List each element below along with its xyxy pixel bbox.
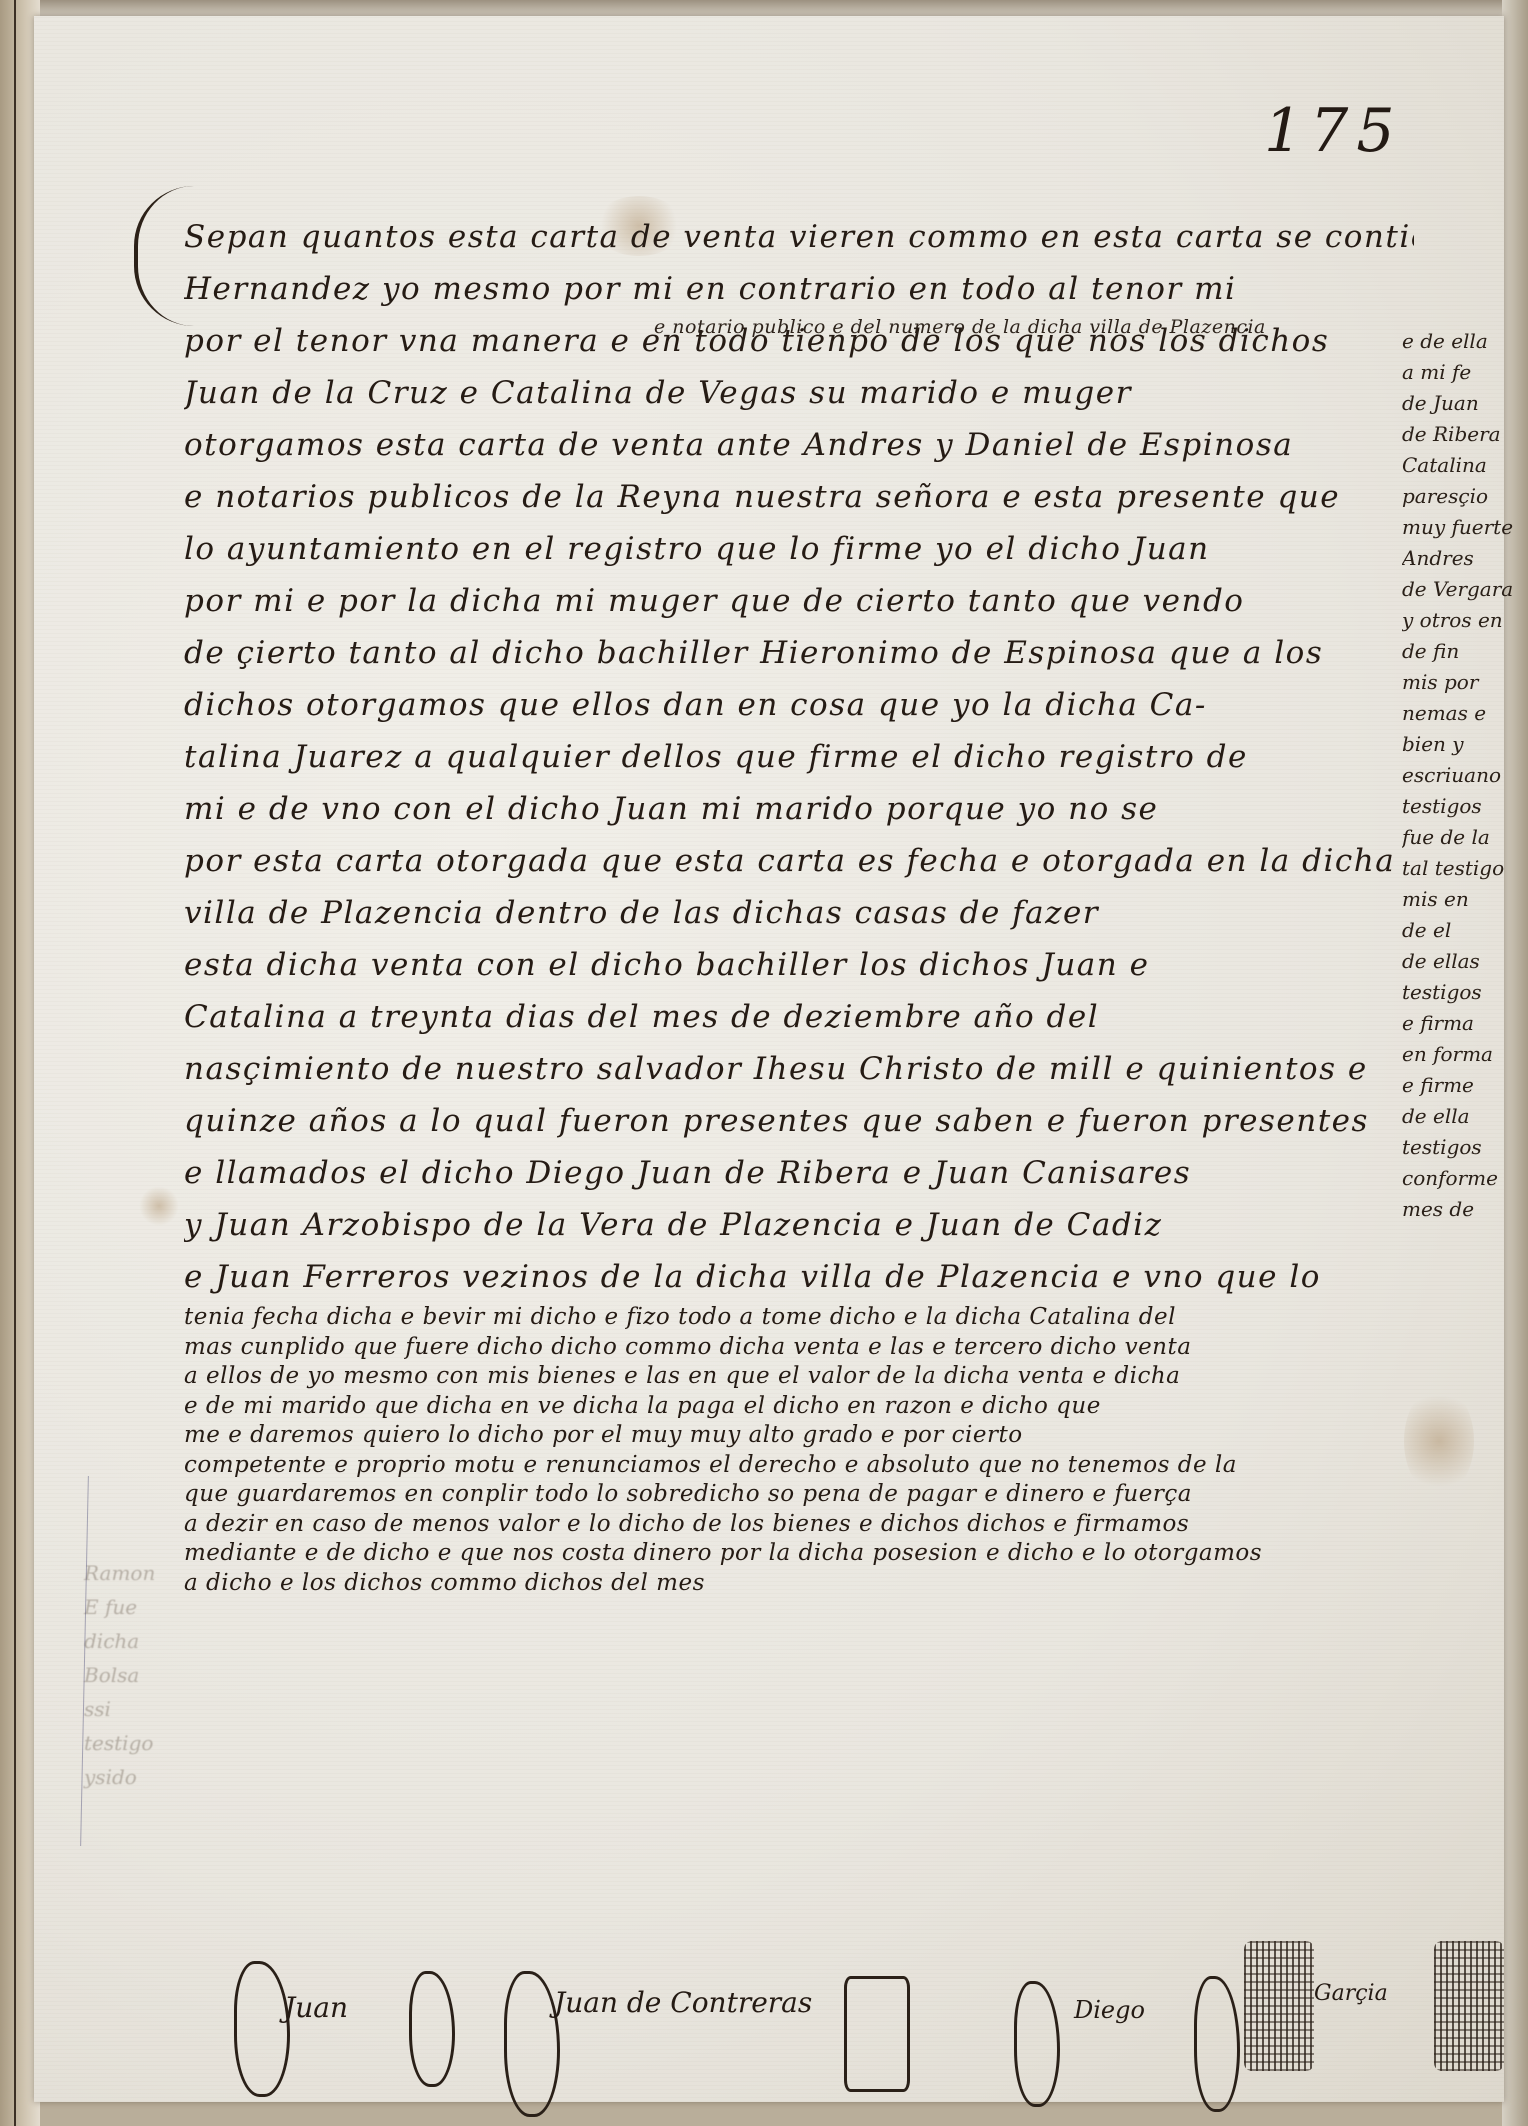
margin-note: tal testigo <box>1402 853 1528 884</box>
ink-stain <box>1404 1386 1474 1496</box>
margin-note: de Juan <box>1402 388 1528 419</box>
margin-note: testigos <box>1402 791 1528 822</box>
signature-flourish <box>234 1961 290 2097</box>
margin-note: nemas e <box>1402 698 1528 729</box>
margin-note: mis en <box>1402 884 1528 915</box>
signature-flourish <box>1014 1981 1060 2107</box>
text-line: Juan de la Cruz e Catalina de Vegas su m… <box>184 367 1414 419</box>
margin-note: e firme <box>1402 1070 1528 1101</box>
margin-note: Catalina <box>1402 450 1528 481</box>
margin-note: a mi fe <box>1402 357 1528 388</box>
text-line: e Juan Ferreros vezinos de la dicha vill… <box>184 1251 1414 1303</box>
small-text-line: tenia fecha dicha e bevir mi dicho e fiz… <box>184 1303 1414 1333</box>
margin-note: fue de la <box>1402 822 1528 853</box>
text-line: e llamados el dicho Diego Juan de Ribera… <box>184 1147 1414 1199</box>
margin-note: en forma <box>1402 1039 1528 1070</box>
margin-note: de Ribera <box>1402 419 1528 450</box>
margin-note: y otros en <box>1402 605 1528 636</box>
text-line: e notarios publicos de la Reyna nuestra … <box>184 471 1414 523</box>
text-line: Catalina a treynta dias del mes de dezie… <box>184 991 1414 1043</box>
binding-thread <box>14 0 16 2126</box>
text-line: lo ayuntamiento en el registro que lo fi… <box>184 523 1414 575</box>
margin-note: paresçio <box>1402 481 1528 512</box>
signature: Garçia <box>1314 1981 1388 2006</box>
text-line: quinze años a lo qual fueron presentes q… <box>184 1095 1414 1147</box>
margin-note: e firma <box>1402 1008 1528 1039</box>
signature-flourish <box>504 1971 560 2117</box>
small-text-line: a ellos de yo mesmo con mis bienes e las… <box>184 1362 1414 1392</box>
text-line: otorgamos esta carta de venta ante Andre… <box>184 419 1414 471</box>
small-text-line: e de mi marido que dicha en ve dicha la … <box>184 1392 1414 1422</box>
bleed-through-text: Ramon E fue dicha Bolsa ssi testigo ysid… <box>84 1556 224 1794</box>
signatures-block: Juan Juan de Contreras Diego Garçia <box>234 1951 1528 2111</box>
small-text-line: mediante e de dicho e que nos costa dine… <box>184 1539 1414 1569</box>
signature: Diego <box>1074 1996 1145 2024</box>
small-text-line: me e daremos quiero lo dicho por el muy … <box>184 1421 1414 1451</box>
margin-note: escriuano <box>1402 760 1528 791</box>
margin-note: testigos <box>1402 977 1528 1008</box>
text-line: dichos otorgamos que ellos dan en cosa q… <box>184 679 1414 731</box>
small-text-line: mas cunplido que fuere dicho dicho commo… <box>184 1333 1414 1363</box>
notary-sign-mark <box>1244 1941 1314 2071</box>
folio-number: 175 <box>1264 96 1403 166</box>
text-line: por mi e por la dicha mi muger que de ci… <box>184 575 1414 627</box>
text-line: y Juan Arzobispo de la Vera de Plazencia… <box>184 1199 1414 1251</box>
margin-note: mes de <box>1402 1194 1528 1225</box>
signature: Juan de Contreras <box>554 1986 812 2019</box>
text-line: por esta carta otorgada que esta carta e… <box>184 835 1414 887</box>
margin-note: Andres <box>1402 543 1528 574</box>
margin-note: testigos <box>1402 1132 1528 1163</box>
text-line: esta dicha venta con el dicho bachiller … <box>184 939 1414 991</box>
text-line: talina Juarez a qualquier dellos que fir… <box>184 731 1414 783</box>
notary-sign-mark <box>1434 1941 1504 2071</box>
small-text-line: que guardaremos en conplir todo lo sobre… <box>184 1480 1414 1510</box>
text-line: por el tenor vna manera e en todo tienpo… <box>184 315 1414 367</box>
margin-note: de fin <box>1402 636 1528 667</box>
small-text-line: competente e proprio motu e renunciamos … <box>184 1451 1414 1481</box>
small-text-line: a dicho e los dichos commo dichos del me… <box>184 1569 1414 1599</box>
signature: Juan <box>284 1991 348 2024</box>
text-line: Sepan quantos esta carta de venta vieren… <box>184 211 1414 263</box>
ink-stain <box>139 1186 179 1226</box>
signature-flourish <box>409 1971 455 2087</box>
text-line: mi e de vno con el dicho Juan mi marido … <box>184 783 1414 835</box>
main-text-block: Sepan quantos esta carta de venta vieren… <box>184 211 1414 1598</box>
manuscript-page: 175 e notario publico e del numero de la… <box>34 16 1504 2102</box>
margin-note: de Vergara <box>1402 574 1528 605</box>
margin-note: de ella <box>1402 1101 1528 1132</box>
signature-flourish <box>1194 1976 1240 2112</box>
text-line: de çierto tanto al dicho bachiller Hiero… <box>184 627 1414 679</box>
right-margin-notes: e de ella a mi fe de Juan de Ribera Cata… <box>1402 326 1528 1225</box>
small-text-line: a dezir en caso de menos valor e lo dich… <box>184 1510 1414 1540</box>
margin-note: de ellas <box>1402 946 1528 977</box>
text-line: villa de Plazencia dentro de las dichas … <box>184 887 1414 939</box>
margin-note: de el <box>1402 915 1528 946</box>
margin-note: conforme <box>1402 1163 1528 1194</box>
margin-note: bien y <box>1402 729 1528 760</box>
margin-note: mis por <box>1402 667 1528 698</box>
margin-note: muy fuerte <box>1402 512 1528 543</box>
margin-note: e de ella <box>1402 326 1528 357</box>
text-line: Hernandez yo mesmo por mi en contrario e… <box>184 263 1414 315</box>
signature-flourish <box>844 1976 910 2092</box>
text-line: nasçimiento de nuestro salvador Ihesu Ch… <box>184 1043 1414 1095</box>
